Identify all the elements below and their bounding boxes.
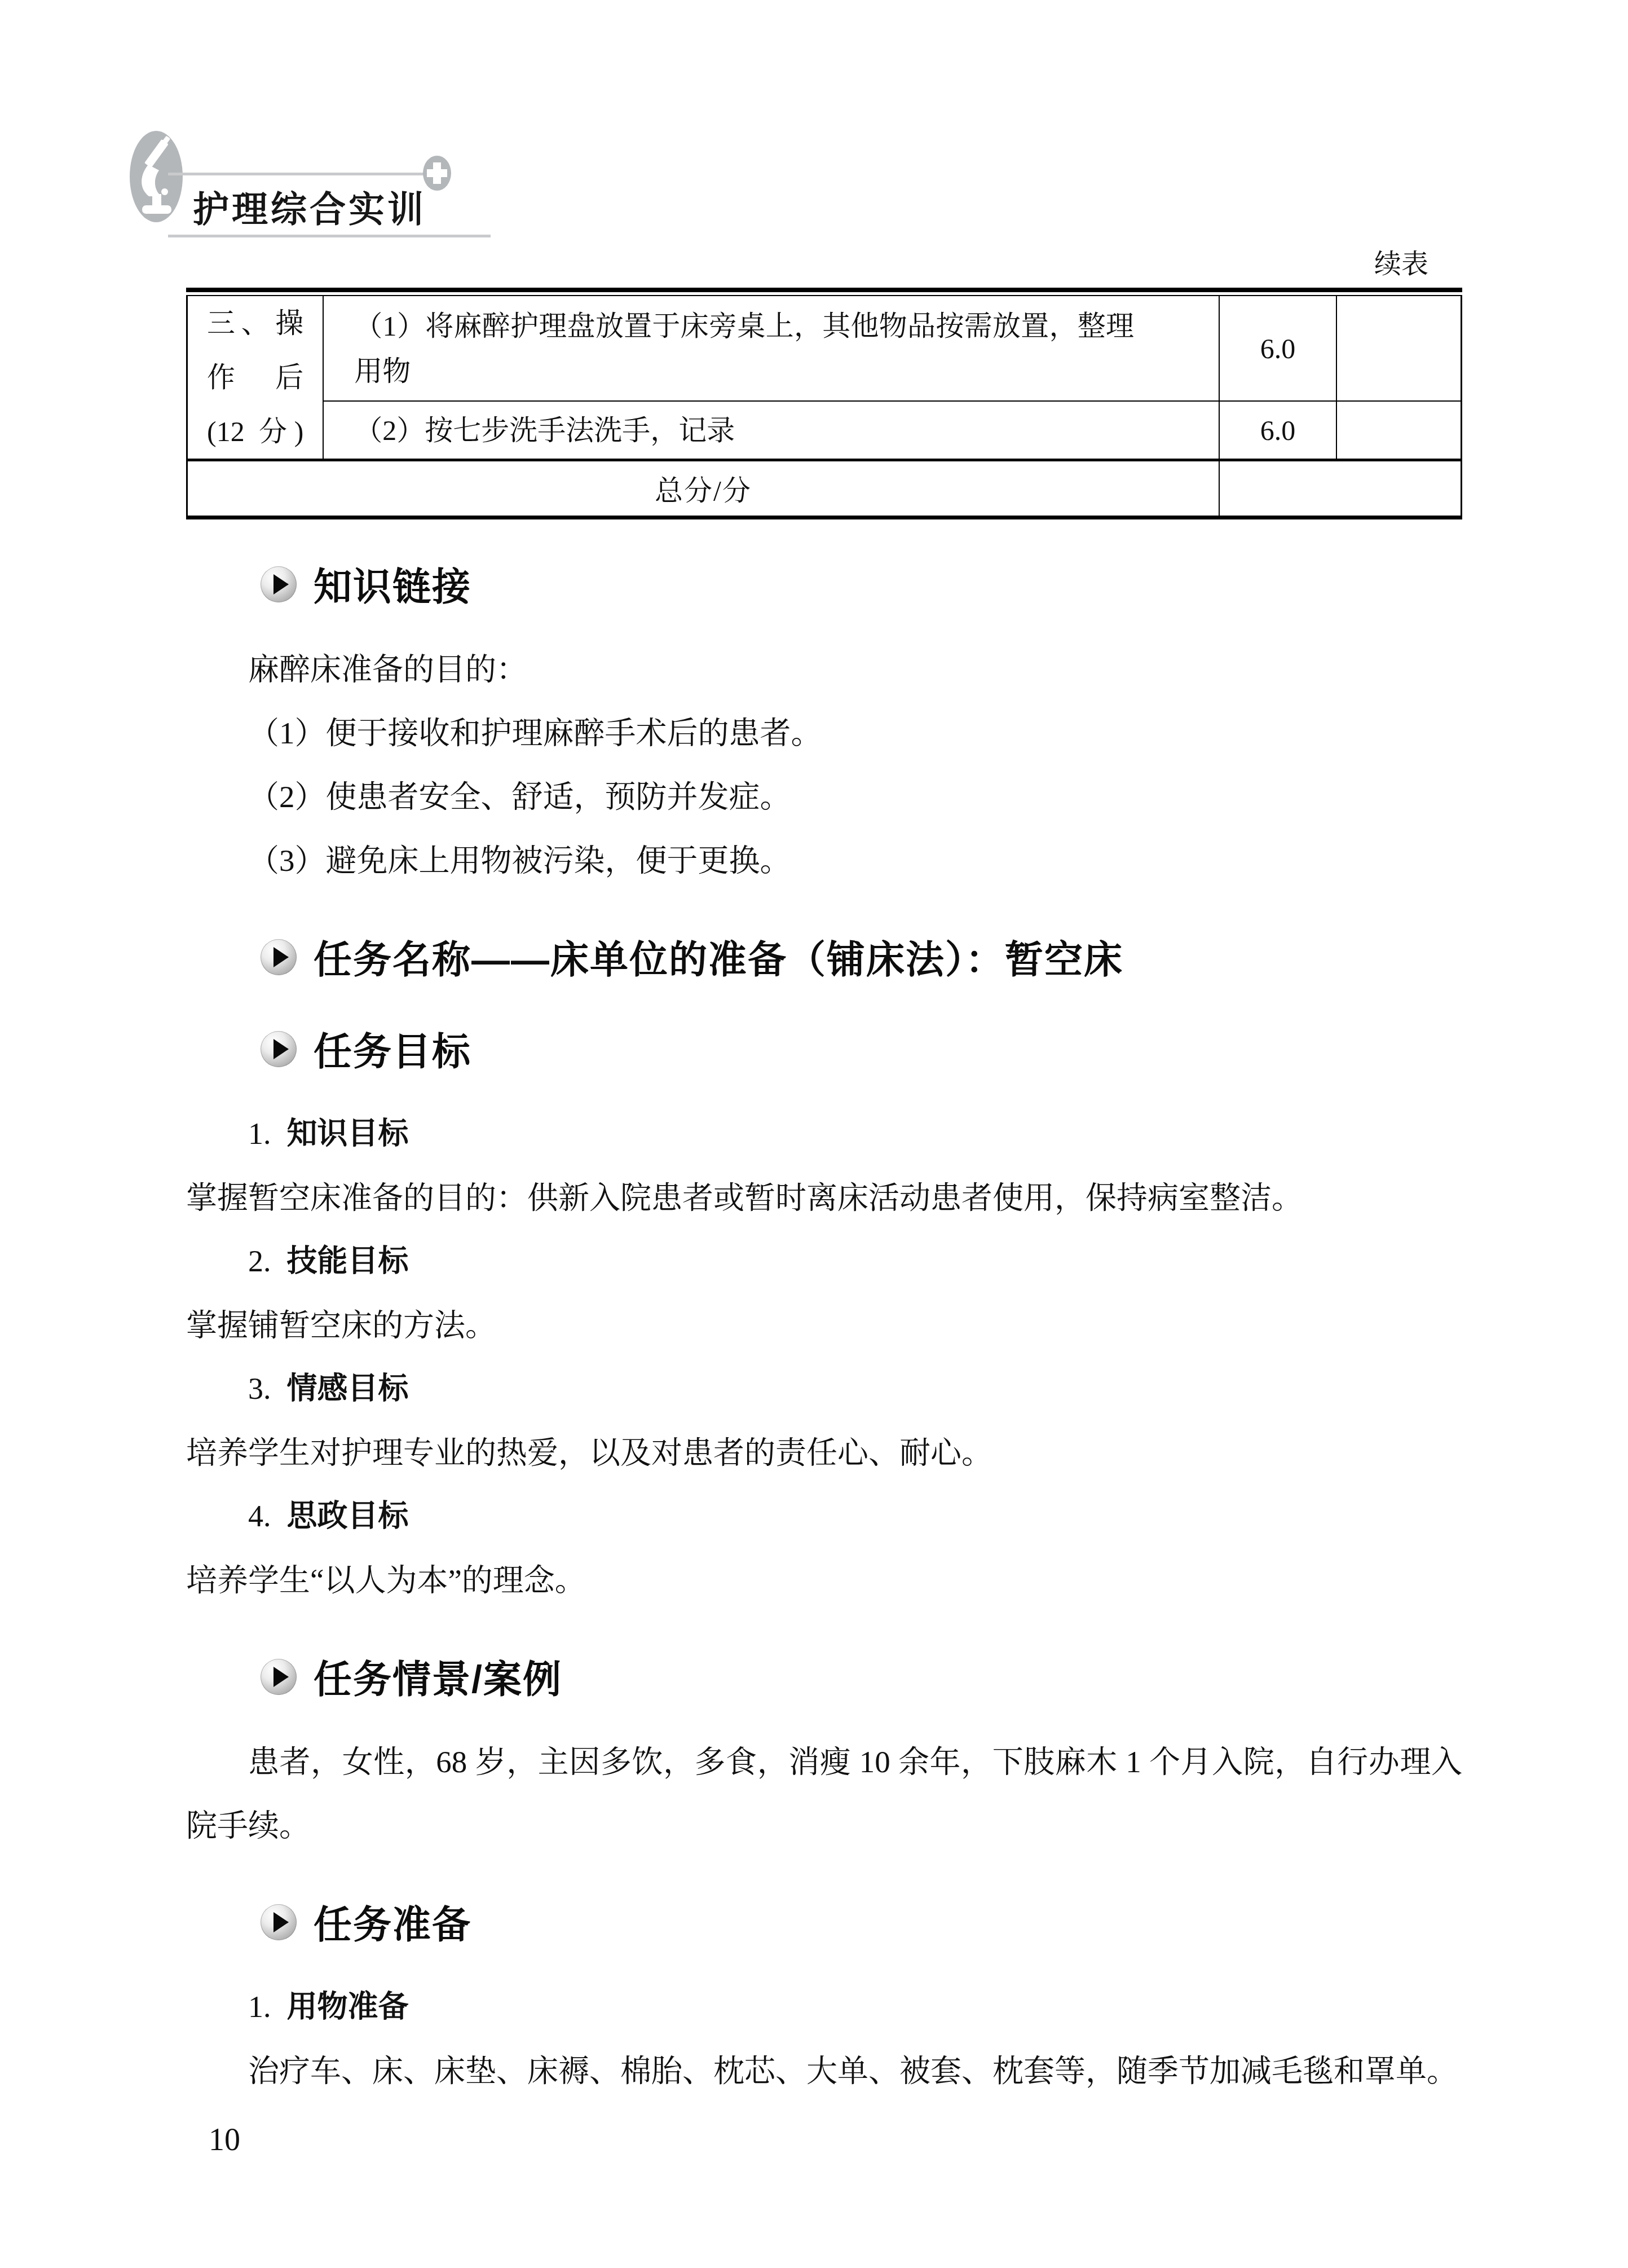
item-cell: （1）将麻醉护理盘放置于床旁桌上，其他物品按需放置，整理用物 [323, 296, 1219, 401]
item-cell: （2）按七步洗手法洗手，记录 [323, 401, 1219, 460]
paragraph: 培养学生对护理专业的热爱，以及对患者的责任心、耐心。 [186, 1421, 1462, 1485]
category-line: (12 分) [207, 404, 303, 459]
subheading-number: 1. [248, 1117, 287, 1151]
play-icon [261, 1659, 297, 1695]
paragraph: 培养学生“以人为本”的理念。 [186, 1548, 1462, 1612]
paragraph: 掌握暂空床准备的目的：供新入院患者或暂时离床活动患者使用，保持病室整洁。 [186, 1166, 1462, 1230]
microscope-icon [130, 131, 183, 222]
total-label-cell: 总分/分 [187, 460, 1220, 518]
brand-title: 护理综合实训 [193, 180, 426, 232]
paragraph: 掌握铺暂空床的方法。 [186, 1293, 1462, 1357]
header-rule-bottom [168, 235, 491, 237]
paragraph: 患者，女性，68 岁，主因多饮，多食，消瘦 10 余年，下肢麻木 1 个月入院，… [186, 1730, 1462, 1857]
category-line: 三、操 [207, 296, 303, 350]
subheading: 1.用物准备 [186, 1975, 1462, 2039]
score-table: 三、操 作后 (12 分) （1）将麻醉护理盘放置于床旁桌上，其他物品按需放置，… [186, 295, 1462, 519]
list-item: （3）避免床上用物被污染，便于更换。 [186, 829, 1462, 892]
section-title-text: 任务情景/案例 [314, 1649, 562, 1704]
section-heading-task-prep: 任务准备 [186, 1895, 1462, 1949]
category-line: 作后 [207, 350, 303, 404]
section-heading-knowledge: 知识链接 [186, 557, 1462, 611]
paragraph: 麻醉床准备的目的： [186, 637, 1462, 701]
play-icon [261, 1904, 297, 1940]
subheading-text: 用物准备 [287, 1990, 409, 2024]
list-item: （2）使患者安全、舒适，预防并发症。 [186, 765, 1462, 829]
subheading-text: 技能目标 [287, 1244, 409, 1278]
section-heading-task-scenario: 任务情景/案例 [186, 1649, 1462, 1704]
subheading-text: 情感目标 [287, 1372, 409, 1406]
subheading: 3.情感目标 [186, 1357, 1462, 1421]
section-heading-task-goal: 任务目标 [186, 1021, 1462, 1076]
document-page: 护理综合实训 续表 三、操 作后 (12 分) （1）将麻醉护理盘放置于床旁桌上… [0, 0, 1628, 2268]
subheading-number: 4. [248, 1499, 287, 1533]
score-cell: 6.0 [1219, 296, 1336, 401]
subheading-number: 2. [248, 1244, 287, 1278]
total-value-cell [1219, 460, 1461, 518]
section-title-text: 任务准备 [314, 1895, 471, 1949]
subheading-text: 知识目标 [287, 1117, 409, 1151]
table-row: 三、操 作后 (12 分) （1）将麻醉护理盘放置于床旁桌上，其他物品按需放置，… [187, 296, 1462, 401]
section-heading-task-name: 任务名称——床单位的准备（铺床法）：暂空床 [186, 930, 1462, 984]
table-row: （2）按七步洗手法洗手，记录 6.0 [187, 401, 1462, 460]
score-table-wrapper: 三、操 作后 (12 分) （1）将麻醉护理盘放置于床旁桌上，其他物品按需放置，… [186, 288, 1462, 519]
play-icon [261, 939, 297, 975]
header-rule-top [168, 173, 438, 175]
subheading: 4.思政目标 [186, 1485, 1462, 1548]
table-continued-note: 续表 [186, 247, 1462, 282]
paragraph: 治疗车、床、床垫、床褥、棉胎、枕芯、大单、被套、枕套等，随季节加减毛毯和罩单。 [186, 2039, 1462, 2103]
subheading: 2.技能目标 [186, 1230, 1462, 1293]
result-cell [1336, 401, 1461, 460]
page-header: 护理综合实训 [130, 130, 1462, 243]
play-icon [261, 1031, 297, 1067]
section-title-text: 任务目标 [314, 1021, 471, 1076]
subheading-text: 思政目标 [287, 1499, 409, 1533]
category-cell: 三、操 作后 (12 分) [187, 296, 324, 460]
list-item: （1）便于接收和护理麻醉手术后的患者。 [186, 701, 1462, 765]
subheading: 1.知识目标 [186, 1102, 1462, 1166]
subheading-number: 1. [248, 1990, 287, 2024]
plus-icon [423, 156, 451, 191]
result-cell [1336, 296, 1461, 401]
play-icon [261, 566, 297, 602]
section-title-text: 知识链接 [314, 557, 471, 611]
subheading-number: 3. [248, 1372, 287, 1406]
score-cell: 6.0 [1219, 401, 1336, 460]
table-total-row: 总分/分 [187, 460, 1462, 518]
page-number: 10 [186, 2122, 1462, 2158]
section-title-text: 任务名称——床单位的准备（铺床法）：暂空床 [314, 930, 1123, 984]
